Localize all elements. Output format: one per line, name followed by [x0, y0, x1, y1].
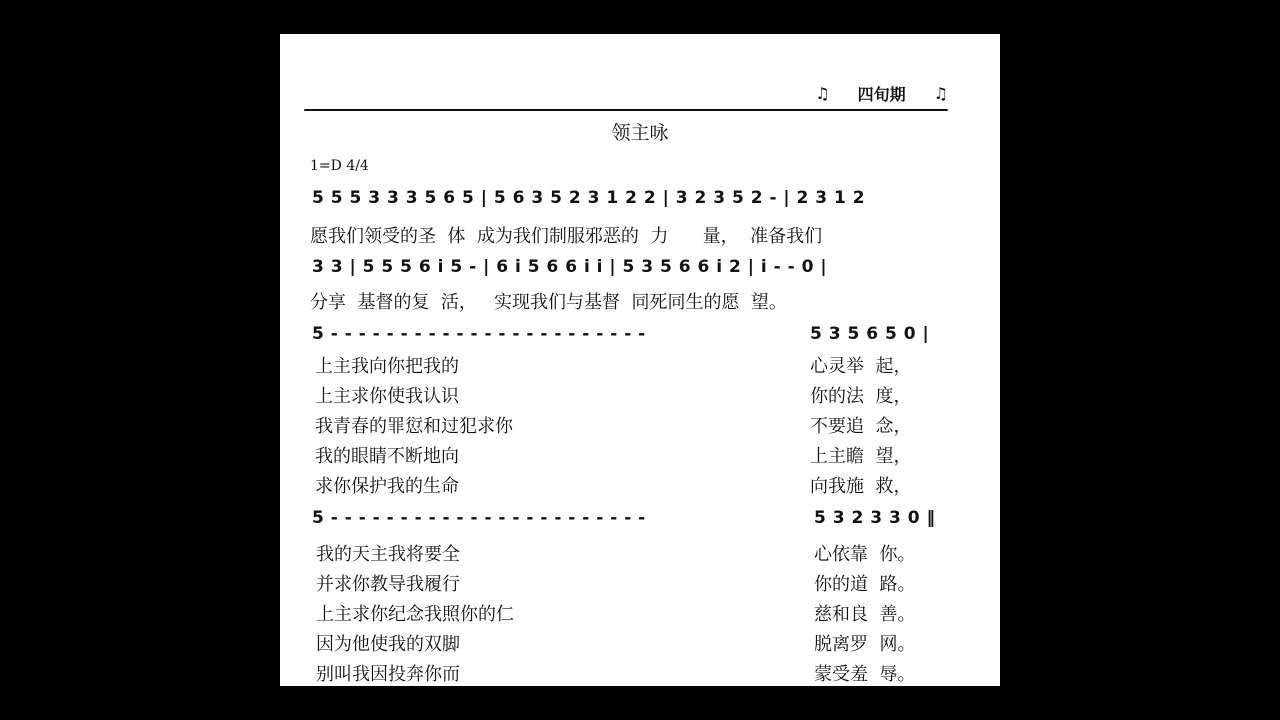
verse-tail: 向我施 救， [810, 472, 911, 498]
verse-lead: 并求你教导我履行 [316, 570, 460, 596]
verse-lead: 上主求你使我认识 [315, 382, 459, 408]
verse-lead: 上主我向你把我的 [315, 352, 459, 378]
verse-tail: 脱离罗 网。 [814, 630, 915, 656]
verse-tail: 慈和良 善。 [814, 600, 915, 626]
music-note-icon: ♫ [934, 84, 948, 103]
song-title: 领主咏 [280, 118, 1000, 145]
verse-lead: 上主求你纪念我照你的仁 [316, 600, 514, 626]
music-note-icon: ♫ [815, 84, 829, 103]
notation-line-1: 5 5 5 3 3 3 5 6 5 | 5 6 3 5 2 3 1 2 2 | … [312, 188, 865, 208]
season-label: 四旬期 [858, 82, 906, 105]
verse-tail: 上主瞻 望， [810, 442, 911, 468]
verse-lead: 别叫我因投奔你而 [316, 660, 460, 686]
lyrics-line-2: 分享 基督的复 活， 实现我们与基督 同死同生的愿 望。 [310, 288, 787, 314]
verse-lead: 我的眼睛不断地向 [315, 442, 459, 468]
verse-lead: 我青春的罪愆和过犯求你 [315, 412, 513, 438]
refrain-1-notation-end: 5 3 5 6 5 0 | [810, 324, 929, 344]
verse-lead: 求你保护我的生命 [315, 472, 459, 498]
verse-tail: 心依靠 你。 [814, 540, 915, 566]
verse-lead: 因为他使我的双脚 [316, 630, 460, 656]
verse-tail: 你的道 路。 [814, 570, 915, 596]
refrain-2-notation-end: 5 3 2 3 3 0 ‖ [814, 508, 935, 528]
refrain-2-notation-start: 5 - - - - - - - - - - - - - - - - - - - … [312, 508, 646, 528]
header-rule [304, 109, 948, 111]
verse-tail: 蒙受羞 辱。 [814, 660, 915, 686]
page-header: ♫ 四旬期 ♫ [815, 82, 948, 105]
key-signature: 1=D 4/4 [310, 158, 369, 174]
notation-line-2: 3 3 | 5 5 5 6 i 5 - | 6 i 5 6 6 i i | 5 … [312, 257, 827, 277]
refrain-1-notation-start: 5 - - - - - - - - - - - - - - - - - - - … [312, 324, 646, 344]
verse-tail: 心灵举 起， [810, 352, 911, 378]
verse-tail: 不要追 念， [810, 412, 911, 438]
lyrics-line-1: 愿我们领受的圣 体 成为我们制服邪恶的 力 量， 准备我们 [310, 222, 822, 248]
verse-lead: 我的天主我将要全 [316, 540, 460, 566]
sheet-music-page: ♫ 四旬期 ♫ 领主咏 1=D 4/4 5 5 5 3 3 3 5 6 5 | … [280, 34, 1000, 686]
verse-tail: 你的法 度， [810, 382, 911, 408]
